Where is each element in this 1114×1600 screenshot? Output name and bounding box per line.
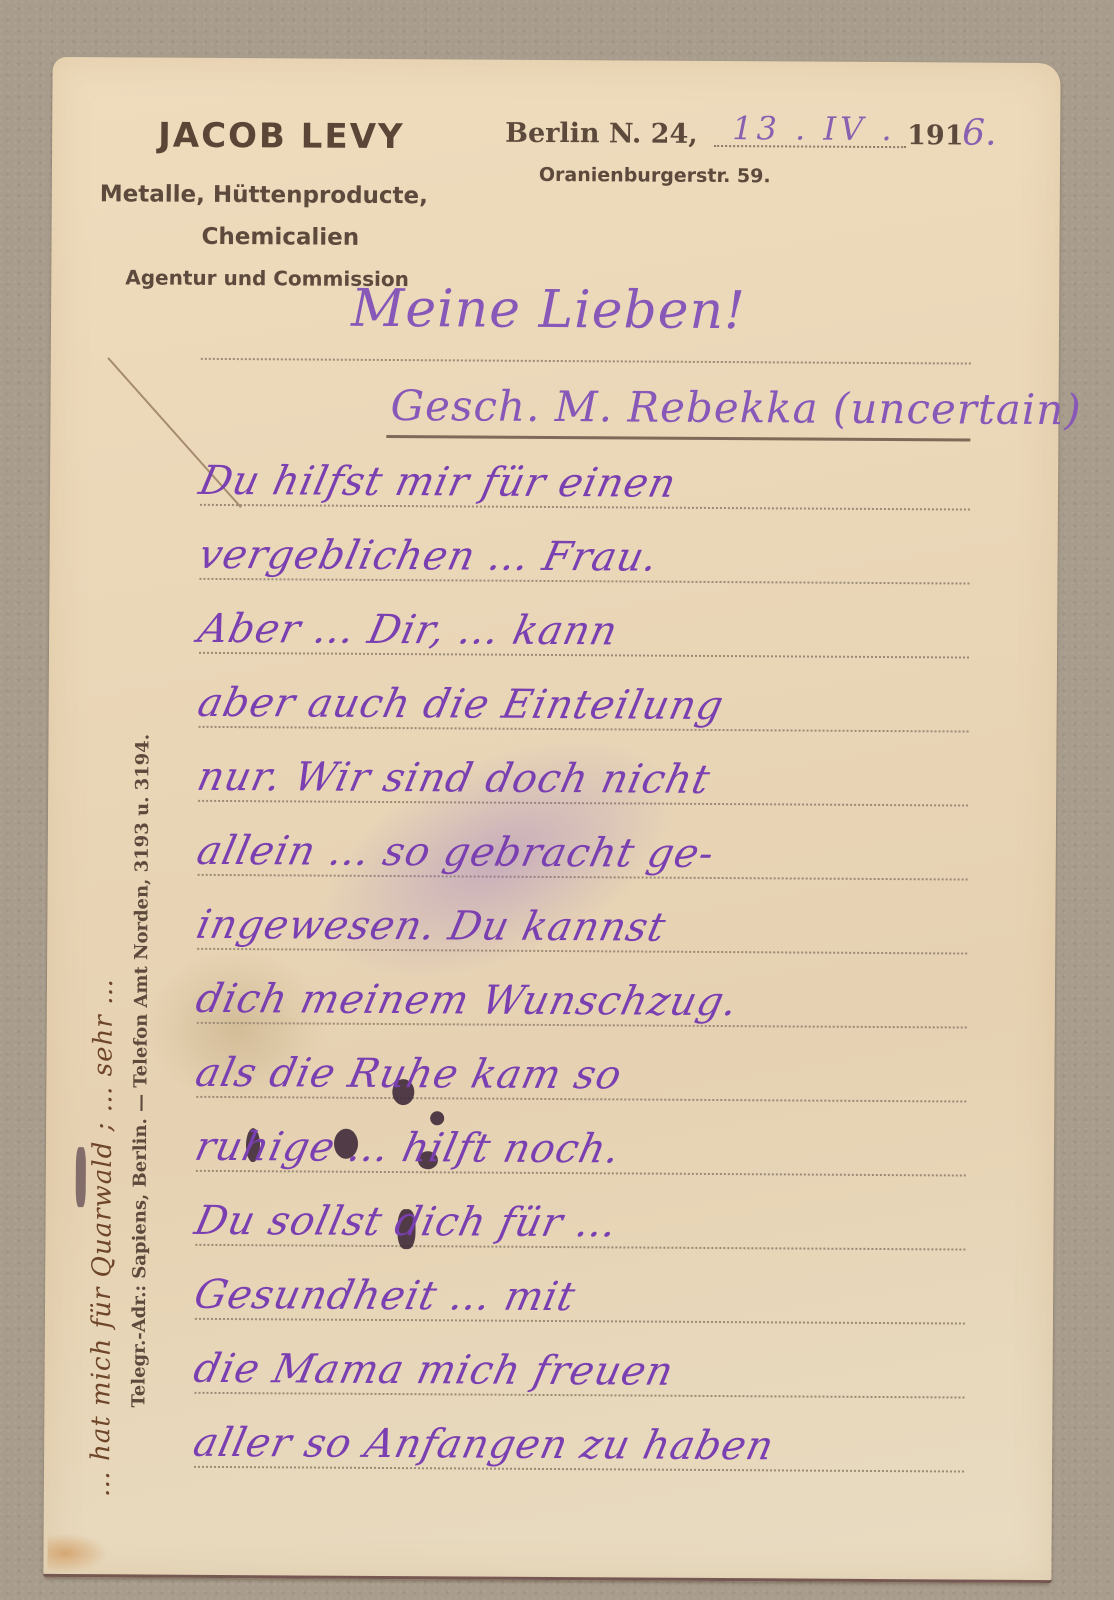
handwritten-greeting: Meine Lieben! [351,279,746,341]
handwritten-line: ruhige … hilft noch. [191,1124,625,1173]
letterhead-city: Berlin N. 24, [505,118,698,150]
handwritten-line: die Mama mich freuen [190,1346,679,1395]
letterhead-line-metals: Metalle, Hüttenproducte, [100,181,428,209]
company-name: JACOB LEVY [158,116,405,158]
handwritten-line: allein … so gebracht ge- [193,828,719,877]
postcard: JACOB LEVY Metalle, Hüttenproducte, Chem… [43,57,1060,1583]
handwritten-line: Du sollst dich für … [191,1198,623,1247]
handwritten-addressee: Gesch. M. Rebekka (uncertain) [390,381,1081,434]
telegraph-phone-footer: Telegr.-Adr.: Sapiens, Berlin. — Telefon… [128,387,155,1407]
handwritten-line: aber auch die Einteilung [194,680,729,729]
handwritten-line: Du hilfst mir für einen [195,458,681,507]
addressee-underline [386,435,970,442]
ink-blot [430,1111,444,1125]
handwritten-year-digit: 6. [962,112,997,153]
ink-blot [76,1147,86,1207]
handwritten-line: als die Ruhe kam so [191,1050,626,1099]
corner-stain [47,1533,107,1573]
handwritten-line: nur. Wir sind doch nicht [193,754,715,803]
ruled-line [195,1318,965,1325]
letterhead-line-chemicals: Chemicalien [201,224,359,251]
ruled-line [201,358,971,365]
handwritten-line: aller so Anfangen zu haben [189,1420,778,1469]
handwritten-line: ingewesen. Du kannst [192,902,670,951]
margin-handwritten-note: … hat mich für Quarwald ; … sehr … [86,377,123,1497]
handwritten-line: Gesundheit … mit [190,1272,580,1320]
letterhead-street: Oranienburgerstr. 59. [539,164,771,187]
handwritten-line: Aber … Dir, … kann [194,606,622,654]
handwritten-line: dich meinem Wunschzug. [192,976,743,1025]
handwritten-date: 13 . IV . [732,109,896,148]
printed-year: 191 [907,120,964,151]
handwritten-line: vergeblichen … Frau. [195,532,663,581]
